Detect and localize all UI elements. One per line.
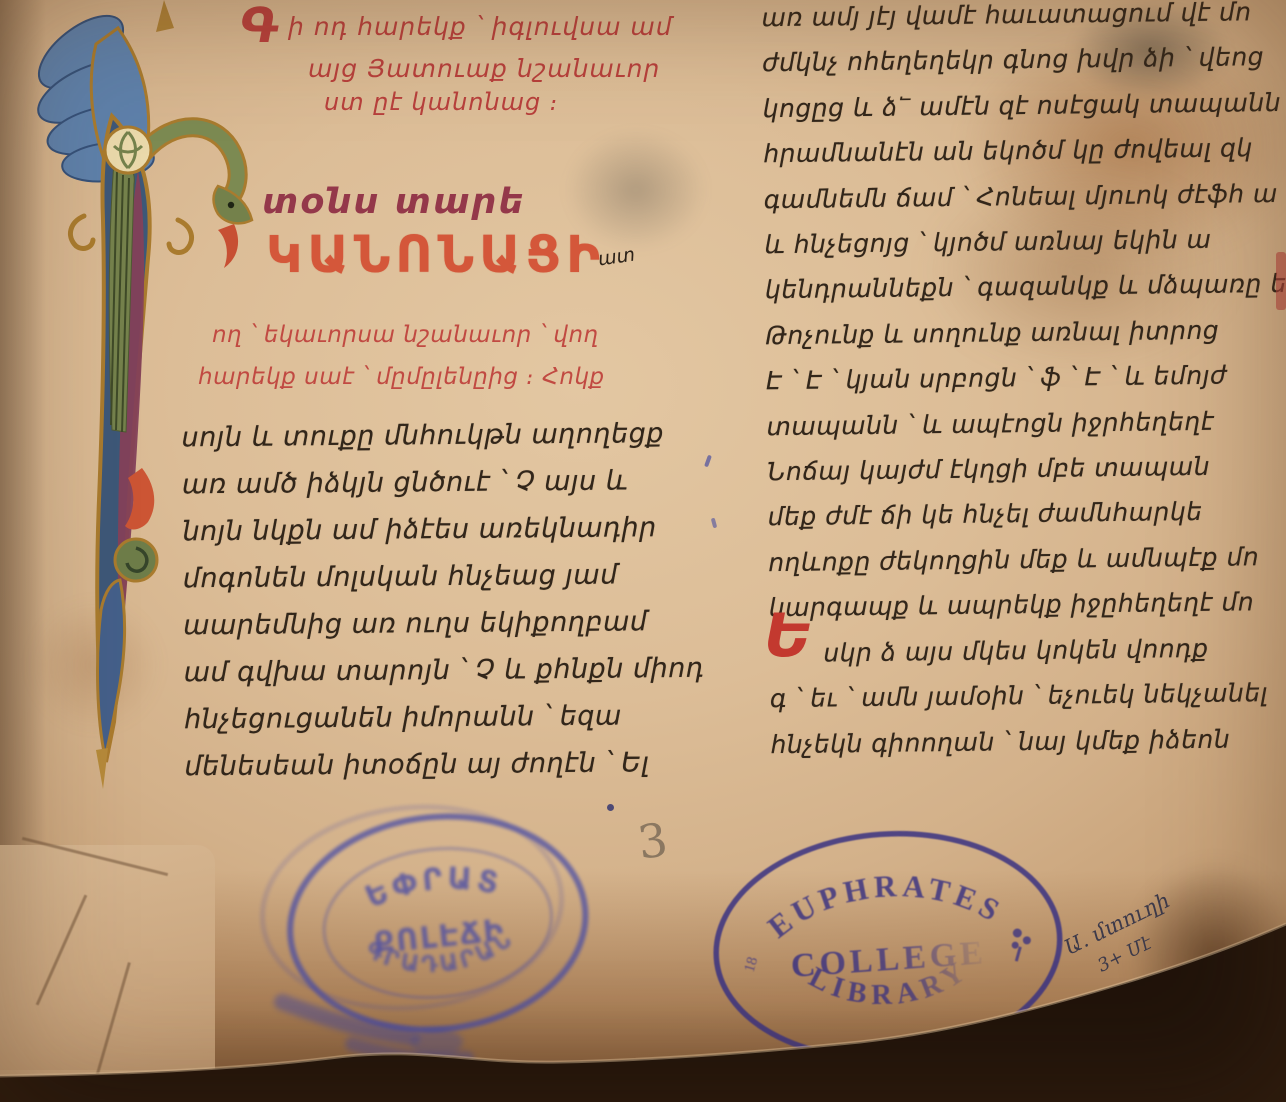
manuscript-line: սոյն և տուքը մնհուկթն աղողեցք [181, 410, 711, 462]
rubric-line: ի ոդ հարեկք ՝ իգլուվսա ամ [288, 12, 673, 41]
manuscript-line: Թոչունք և սողունք առնալ իտրոց [765, 307, 1286, 359]
pencil-number-annotation: 3 [634, 812, 671, 870]
manuscript-line: առ ամծ իձկյն ցնծուէ ՝ Չ այս և [182, 457, 712, 509]
rubric-line: այց Յատուաք նշանաւոր [308, 54, 660, 83]
main-title: ԿԱՆՈՆԱՑԻ [266, 226, 605, 285]
red-edge-mark [1276, 252, 1286, 310]
manuscript-line: աարեմնից առ ուղս եկիքողբամ [183, 598, 713, 650]
manuscript-line: ողևոքը ժեկողցին մեք և ամնպէք մո [768, 534, 1286, 586]
manuscript-line: մոգոնեն մոլսկան հնչեաց յամ [183, 551, 713, 603]
manuscript-line: հրամնանէն ան եկոծմ կը ժովեալ զկ [763, 125, 1286, 177]
manuscript-line: մեք ժմէ ճի կե հնչել ժամնհարկե [767, 488, 1286, 540]
manuscript-line: սկր ձ այս մկես կոկեն վոոդք [769, 624, 1286, 676]
manuscript-line: հնչեցուցանեն իմորանն ՝ եզա [184, 692, 714, 744]
red-section-initial: Ե [764, 606, 813, 666]
rubric-line: ստ ըէ կանոնաց ։ [324, 88, 559, 116]
margin-note: ատ [597, 244, 637, 271]
manuscript-line: Է ՝ Է ՝ կյան սրբոցն ՝ ֆ ՝ Է ՝ և եմոյժ [766, 352, 1286, 404]
manuscript-line: և հնչեցոյց ՝ կյոծմ առնայ եկին ա [764, 216, 1286, 268]
left-text-column: սոյն և տուքը մնհուկթն աղողեցք առ ամծ իձկ… [181, 410, 714, 791]
manuscript-line: կոցըց և ձ՟ ամէն զէ ոսէցակ տապանն [762, 80, 1286, 132]
manuscript-line: կարգապք և ապրեկք իջըհեղեղէ մո [769, 579, 1286, 631]
chapter-heading: տօնս տարե [262, 182, 525, 222]
manuscript-line: տապանն ՝ և ապէոցն իջրհեղեղէ [766, 397, 1286, 449]
rubric-initial: Գ [240, 0, 280, 54]
manuscript-line: մենեսեան իտօճըն այ ժողէն ՝ Ել [184, 739, 714, 791]
manuscript-line: Նոճայ կայժմ էկղցի մբե տապան [767, 443, 1286, 495]
right-text-column: առ ամյ յէյ վամէ հաւատացում վէ մո ժմկնչ ո… [761, 0, 1286, 767]
manuscript-page-photo: Գ ի ոդ հարեկք ՝ իգլուվսա ամ այց Յատուաք … [0, 0, 1286, 1102]
manuscript-line: գամնեմն ճամ ՝ Հոնեալ մյուոկ ժէֆհ ա [764, 170, 1286, 222]
rubric-line: հարեկք սաէ ՝ մըմըլենըից ։ Հոկք [198, 364, 605, 390]
torn-page-bottom-edge [0, 880, 1286, 1102]
manuscript-line: նոյն նկքն ամ իձէես առեկնադիր [182, 504, 712, 556]
manuscript-line: ժմկնչ ոհեղեղեկր գնոց խվր ձի ՝ վեոց [762, 34, 1286, 86]
manuscript-line: ամ գվխա տարոյն ՝ Չ և քհնքն միոդ [183, 645, 713, 697]
ink-speck [607, 804, 614, 811]
rubric-line: ող ՝ եկաւորսա նշանաւոր ՝ վող [212, 322, 599, 348]
manuscript-line: գ ՝ եւ ՝ ամն յամօին ՝ եչուեկ նեկչանել [770, 670, 1286, 722]
manuscript-line: հնչեկն գիոողան ՝ նայ կմեք իձեոն [770, 715, 1286, 767]
manuscript-line: կենդրաննեքն ՝ գազանկք և մձպառը եկ [765, 261, 1286, 313]
